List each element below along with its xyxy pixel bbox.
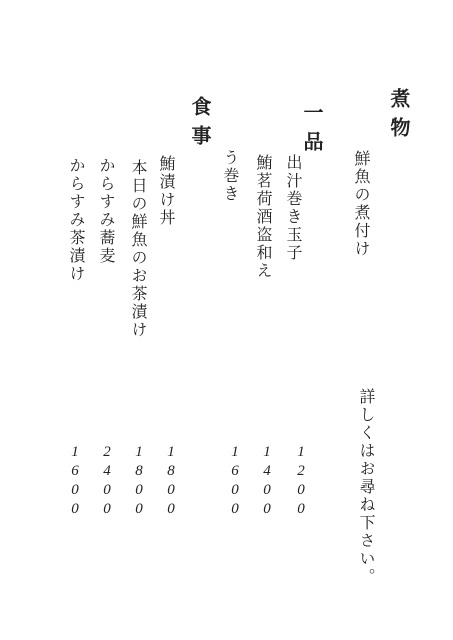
menu-item-name: 鮪漬け丼 [157, 155, 173, 385]
menu-page: 煮物 鮮魚の煮付け 詳しくはお尋ね下さい。 一品 出汁巻き玉子 1200 鮪茗荷… [0, 0, 453, 640]
section-title-ippin: 一品 [301, 102, 321, 192]
menu-item-name: 鮪茗荷酒盗和え [254, 154, 270, 384]
menu-item-name: 本日の鮮魚のお茶漬け [129, 159, 145, 389]
menu-item-name: からすみ茶漬け [67, 157, 83, 387]
menu-item-note: 詳しくはお尋ね下さい。 [357, 388, 373, 598]
menu-item-price: 1800 [163, 444, 178, 554]
menu-item-price: 2400 [99, 444, 114, 554]
menu-item-price: 1600 [227, 444, 242, 554]
menu-item-price: 1200 [293, 444, 308, 554]
section-title-shokuji: 食事 [189, 96, 209, 186]
menu-item-price: 1600 [67, 444, 82, 554]
menu-item-price: 1800 [131, 444, 146, 554]
menu-item-name: 鮮魚の煮付け [352, 150, 368, 380]
menu-item-name: からすみ蕎麦 [97, 157, 113, 387]
menu-item-name: う巻き [221, 149, 237, 379]
menu-item-name: 出汁巻き玉子 [284, 154, 300, 384]
section-title-nimono: 煮物 [388, 88, 408, 178]
menu-item-price: 1400 [259, 444, 274, 554]
